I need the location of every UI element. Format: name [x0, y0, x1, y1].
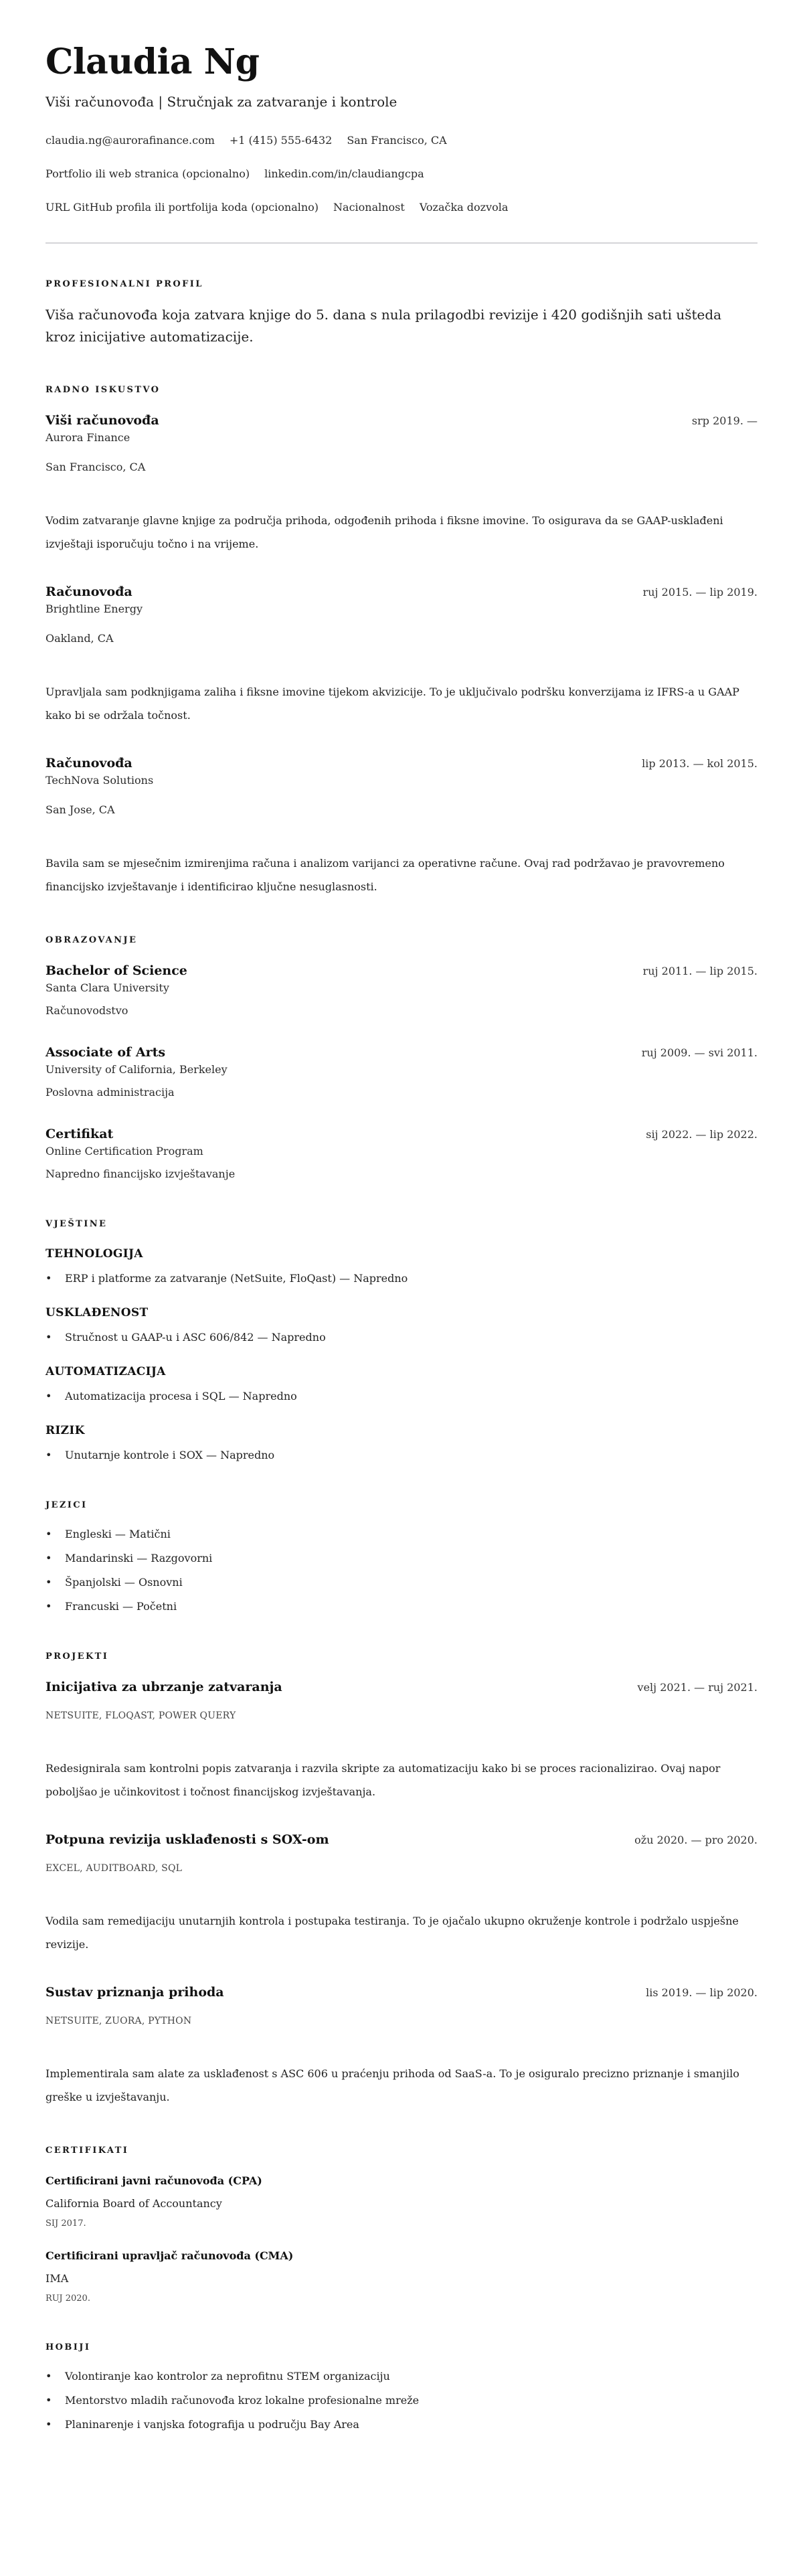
project-title: Potpuna revizija usklađenosti s SOX-om: [46, 1830, 329, 1849]
degree-title: Bachelor of Science: [46, 961, 187, 980]
contact-nationality: Nacionalnost: [333, 199, 405, 216]
section-title-education: Obrazovanje: [46, 935, 757, 947]
contact-portfolio[interactable]: Portfolio ili web stranica (opcionalno): [46, 166, 250, 182]
job-description: Upravljala sam podknjigama zaliha i fiks…: [46, 680, 768, 727]
school-name: Santa Clara University: [46, 980, 757, 996]
education-item: Certifikat sij 2022. — lip 2022. Online …: [46, 1125, 757, 1182]
project-description: Implementirala sam alate za usklađenost …: [46, 2062, 768, 2109]
project-tech: NETSUITE, FLOQAST, POWER QUERY: [46, 1708, 757, 1723]
certification-name: Certificirani upravljač računovođa (CMA): [46, 2248, 757, 2264]
field-of-study: Napredno financijsko izvještavanje: [46, 1166, 757, 1182]
contact-row-extra: URL GitHub profila ili portfolija koda (…: [46, 199, 757, 216]
degree-title: Certifikat: [46, 1125, 113, 1143]
section-skills: Vještine TEHNOLOGIJA ERP i platforme za …: [46, 1218, 757, 1463]
certification-item: Certificirani javni računovođa (CPA) Cal…: [46, 2173, 757, 2231]
certification-list: Certificirani javni računovođa (CPA) Cal…: [46, 2173, 757, 2306]
project-title: Inicijativa za ubrzanje zatvaranja: [46, 1678, 282, 1696]
education-item: Bachelor of Science ruj 2011. — lip 2015…: [46, 961, 757, 1019]
hobby-item: Mentorstvo mladih računovođa kroz lokaln…: [46, 2393, 757, 2409]
section-title-certifications: Certifikati: [46, 2145, 757, 2157]
education-date: ruj 2011. — lip 2015.: [643, 963, 757, 979]
project-description: Vodila sam remedijaciju unutarnjih kontr…: [46, 1909, 768, 1956]
skills-list: TEHNOLOGIJA ERP i platforme za zatvaranj…: [46, 1245, 757, 1463]
section-title-projects: Projekti: [46, 1651, 757, 1663]
job-location: San Jose, CA: [46, 802, 757, 818]
skill-category: AUTOMATIZACIJA: [46, 1363, 757, 1380]
section-title-hobbies: Hobiji: [46, 2342, 757, 2354]
skill-item: Unutarnje kontrole i SOX — Napredno: [46, 1447, 757, 1463]
hobby-list: Volontiranje kao kontrolor za neprofitnu…: [46, 2368, 757, 2433]
project-date: velj 2021. — ruj 2021.: [638, 1680, 757, 1696]
certification-date: RUJ 2020.: [46, 2292, 757, 2306]
education-list: Bachelor of Science ruj 2011. — lip 2015…: [46, 961, 757, 1182]
job-location: San Francisco, CA: [46, 459, 757, 475]
field-of-study: Računovodstvo: [46, 1003, 757, 1019]
project-date: lis 2019. — lip 2020.: [646, 1985, 757, 2001]
project-tech: EXCEL, AUDITBOARD, SQL: [46, 1861, 757, 1876]
resume-page: Claudia Ng Viši računovođa | Stručnjak z…: [0, 0, 803, 2473]
project-item: Inicijativa za ubrzanje zatvaranja velj …: [46, 1678, 757, 1803]
job-title: Računovođa: [46, 754, 132, 773]
project-list: Inicijativa za ubrzanje zatvaranja velj …: [46, 1678, 757, 2109]
experience-list: Viši računovođa srp 2019. — Aurora Finan…: [46, 411, 757, 898]
section-languages: Jezici Engleski — Matični Mandarinski — …: [46, 1500, 757, 1615]
project-title: Sustav priznanja prihoda: [46, 1983, 224, 2002]
job-location: Oakland, CA: [46, 631, 757, 647]
field-of-study: Poslovna administracija: [46, 1084, 757, 1101]
contact-github[interactable]: URL GitHub profila ili portfolija koda (…: [46, 199, 319, 216]
skill-category: TEHNOLOGIJA: [46, 1245, 757, 1263]
skill-item: ERP i platforme za zatvaranje (NetSuite,…: [46, 1271, 757, 1287]
project-tech: NETSUITE, ZUORA, PYTHON: [46, 2014, 757, 2028]
resume-header: Claudia Ng Viši računovođa | Stručnjak z…: [46, 39, 757, 216]
certification-issuer: IMA: [46, 2271, 757, 2287]
contact-phone[interactable]: +1 (415) 555-6432: [230, 133, 332, 149]
section-certifications: Certifikati Certificirani javni računovo…: [46, 2145, 757, 2306]
job-title: Viši računovođa: [46, 411, 159, 430]
section-profile: Profesionalni profil Viša računovođa koj…: [46, 278, 757, 348]
section-hobbies: Hobiji Volontiranje kao kontrolor za nep…: [46, 2342, 757, 2433]
hobby-item: Planinarenje i vanjska fotografija u pod…: [46, 2417, 757, 2433]
experience-item: Viši računovođa srp 2019. — Aurora Finan…: [46, 411, 757, 556]
project-date: ožu 2020. — pro 2020.: [634, 1832, 757, 1848]
section-title-languages: Jezici: [46, 1500, 757, 1512]
job-date: ruj 2015. — lip 2019.: [643, 584, 757, 600]
section-title-skills: Vještine: [46, 1218, 757, 1230]
job-company: Brightline Energy: [46, 601, 757, 617]
certification-item: Certificirani upravljač računovođa (CMA)…: [46, 2248, 757, 2306]
certification-date: SIJ 2017.: [46, 2217, 757, 2231]
project-item: Sustav priznanja prihoda lis 2019. — lip…: [46, 1983, 757, 2109]
profile-summary: Viša računovođa koja zatvara knjige do 5…: [46, 304, 741, 348]
section-education: Obrazovanje Bachelor of Science ruj 2011…: [46, 935, 757, 1182]
certification-name: Certificirani javni računovođa (CPA): [46, 2173, 757, 2189]
language-item: Španjolski — Osnovni: [46, 1575, 757, 1591]
candidate-headline: Viši računovođa | Stručnjak za zatvaranj…: [46, 92, 757, 111]
job-company: Aurora Finance: [46, 430, 757, 446]
section-title-experience: Radno iskustvo: [46, 384, 757, 396]
section-projects: Projekti Inicijativa za ubrzanje zatvara…: [46, 1651, 757, 2109]
experience-item: Računovođa ruj 2015. — lip 2019. Brightl…: [46, 582, 757, 727]
job-date: srp 2019. —: [692, 413, 757, 429]
section-experience: Radno iskustvo Viši računovođa srp 2019.…: [46, 384, 757, 898]
education-item: Associate of Arts ruj 2009. — svi 2011. …: [46, 1043, 757, 1101]
project-item: Potpuna revizija usklađenosti s SOX-om o…: [46, 1830, 757, 1956]
job-company: TechNova Solutions: [46, 773, 757, 789]
contact-row-primary: claudia.ng@aurorafinance.com +1 (415) 55…: [46, 133, 757, 149]
experience-item: Računovođa lip 2013. — kol 2015. TechNov…: [46, 754, 757, 898]
contact-location: San Francisco, CA: [347, 133, 446, 149]
contact-row-links: Portfolio ili web stranica (opcionalno) …: [46, 166, 757, 182]
contact-driving-license: Vozačka dozvola: [420, 199, 509, 216]
job-date: lip 2013. — kol 2015.: [642, 756, 757, 772]
project-description: Redesignirala sam kontrolni popis zatvar…: [46, 1757, 768, 1803]
degree-title: Associate of Arts: [46, 1043, 165, 1062]
language-item: Francuski — Početni: [46, 1599, 757, 1615]
language-item: Mandarinski — Razgovorni: [46, 1550, 757, 1566]
job-description: Vodim zatvaranje glavne knjige za područ…: [46, 509, 768, 556]
skill-item: Stručnost u GAAP-u i ASC 606/842 — Napre…: [46, 1330, 757, 1346]
candidate-name: Claudia Ng: [46, 39, 757, 86]
school-name: Online Certification Program: [46, 1143, 757, 1159]
language-list: Engleski — Matični Mandarinski — Razgovo…: [46, 1526, 757, 1615]
contact-email[interactable]: claudia.ng@aurorafinance.com: [46, 133, 215, 149]
skill-item: Automatizacija procesa i SQL — Napredno: [46, 1388, 757, 1404]
skill-category: USKLAĐENOST: [46, 1304, 757, 1321]
hobby-item: Volontiranje kao kontrolor za neprofitnu…: [46, 2368, 757, 2385]
language-item: Engleski — Matični: [46, 1526, 757, 1542]
job-description: Bavila sam se mjesečnim izmirenjima raču…: [46, 852, 768, 898]
skill-category: RIZIK: [46, 1422, 757, 1439]
section-title-profile: Profesionalni profil: [46, 278, 757, 291]
education-date: sij 2022. — lip 2022.: [646, 1127, 757, 1143]
certification-issuer: California Board of Accountancy: [46, 2196, 757, 2212]
education-date: ruj 2009. — svi 2011.: [642, 1045, 757, 1061]
school-name: University of California, Berkeley: [46, 1062, 757, 1078]
job-title: Računovođa: [46, 582, 132, 601]
header-divider: [46, 242, 757, 244]
contact-linkedin[interactable]: linkedin.com/in/claudiangcpa: [264, 166, 424, 182]
